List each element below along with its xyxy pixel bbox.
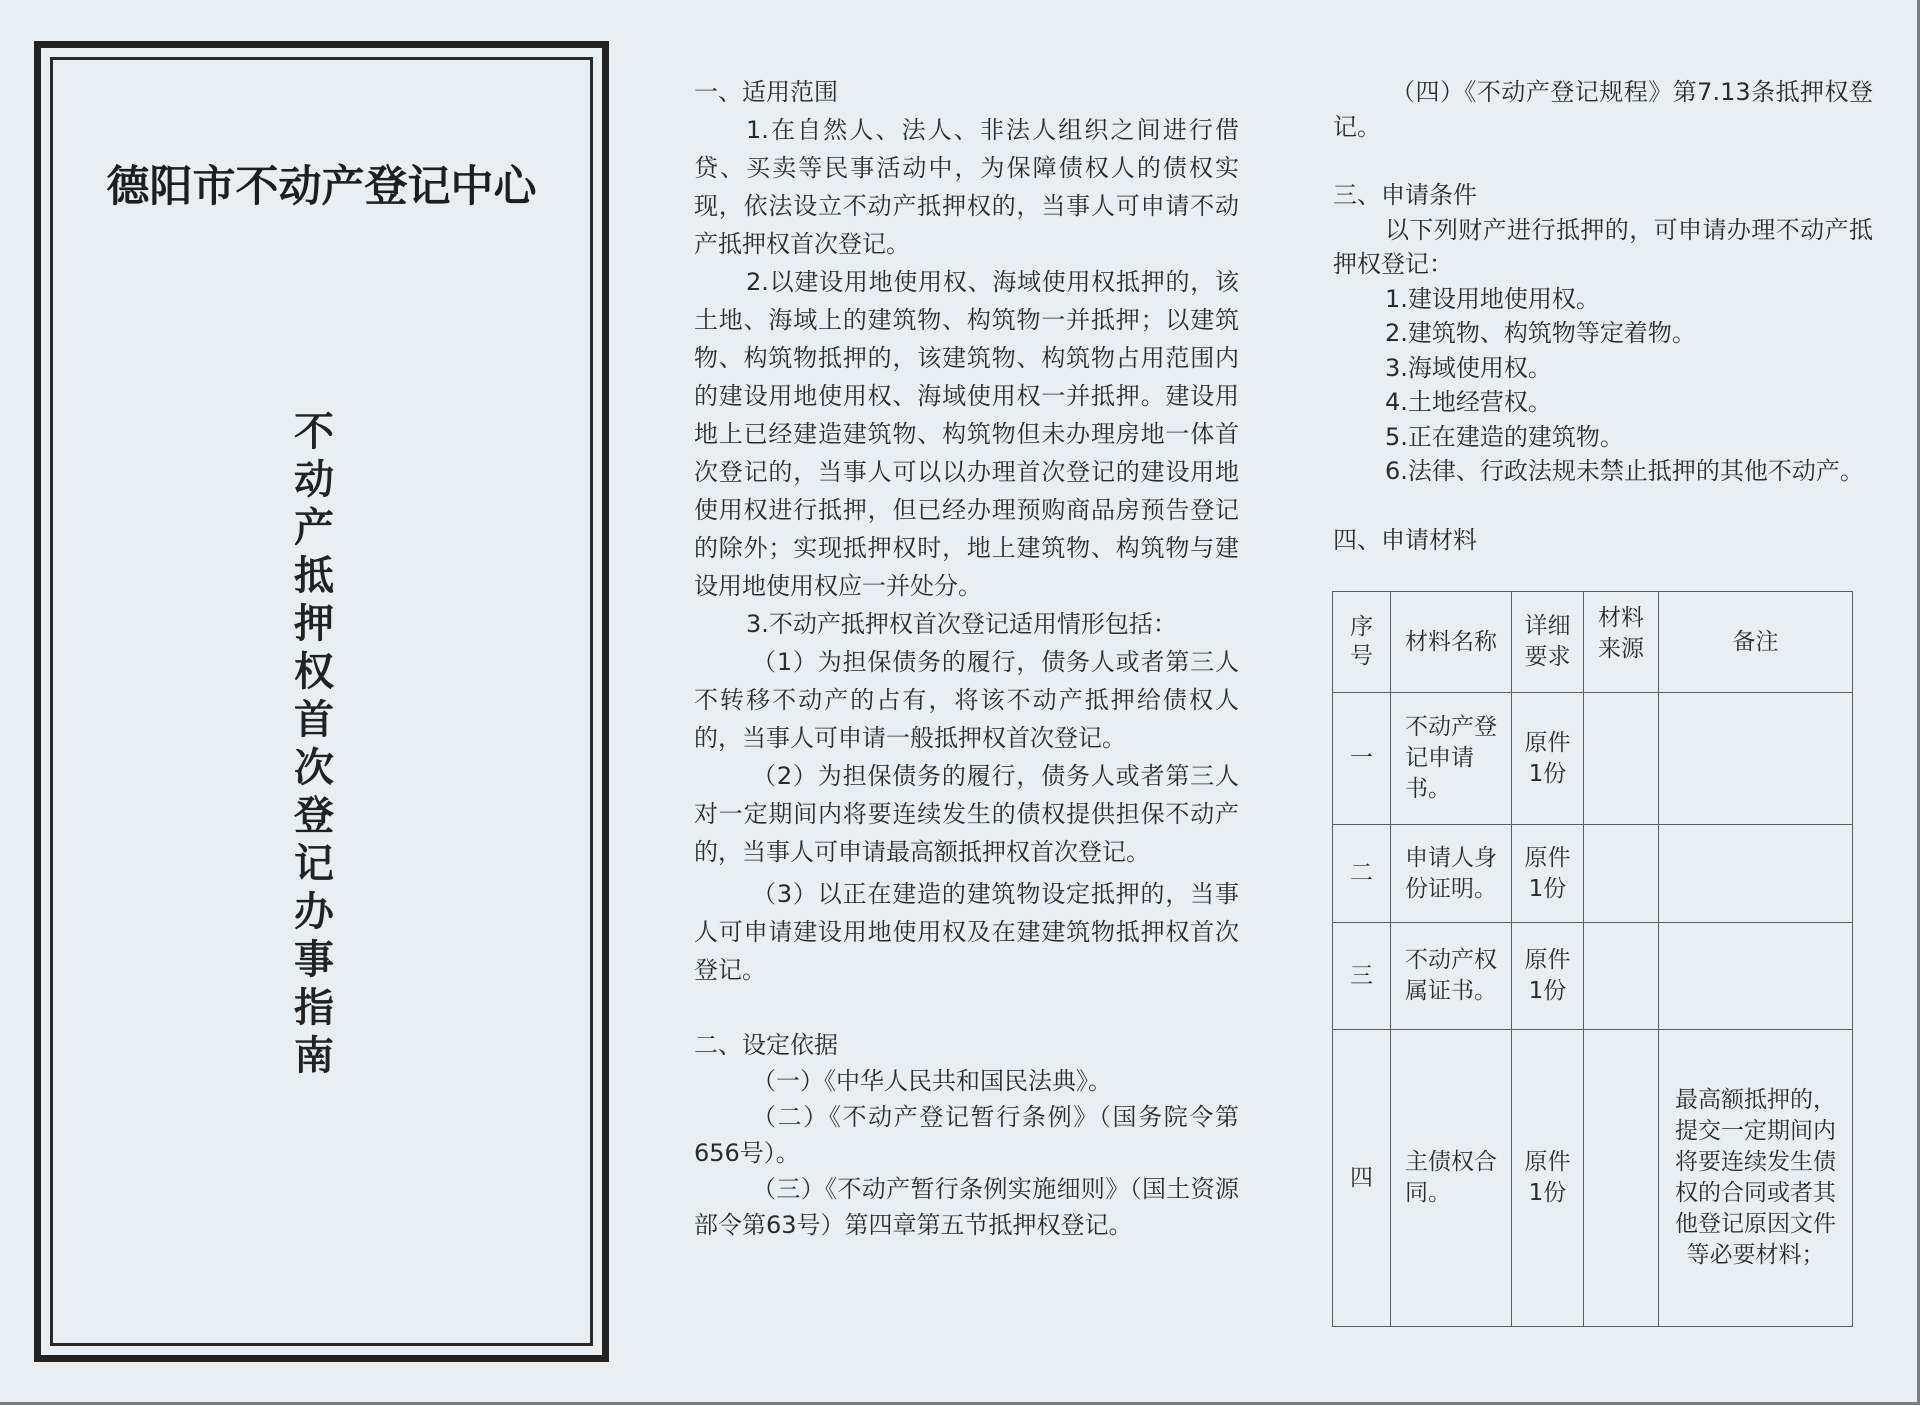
scope-case-2: （2）为担保债务的履行，债务人或者第三人对一定期间内将要连续发生的债权提供担保不… xyxy=(694,757,1239,871)
cell-source xyxy=(1584,825,1659,923)
scope-case-3: （3）以正在建造的建筑物设定抵押的，当事人可申请建设用地使用权及在建建筑物抵押权… xyxy=(694,875,1239,989)
condition-item-3: 3.海域使用权。 xyxy=(1333,351,1873,386)
cell-material-name: 不动产权属证书。 xyxy=(1391,923,1512,1030)
cell-note xyxy=(1659,693,1853,825)
scope-item-2: 2.以建设用地使用权、海域使用权抵押的，该土地、海域上的建筑物、构筑物一并抵押；… xyxy=(694,263,1239,605)
materials-table: 序号 材料名称 详细要求 材料来源 备注 一 不动产登记申请书。 原件1份 二 … xyxy=(1332,591,1853,1327)
table-row: 一 不动产登记申请书。 原件1份 xyxy=(1333,693,1853,825)
section-heading-basis: 二、设定依据 xyxy=(694,1027,1239,1063)
cell-material-name: 主债权合同。 xyxy=(1391,1030,1512,1327)
column-header-requirement: 详细要求 xyxy=(1512,592,1584,693)
section-heading-conditions: 三、申请条件 xyxy=(1333,178,1873,213)
basis-item-3: （三）《不动产暂行条例实施细则》（国土资源部令第63号）第四章第五节抵押权登记。 xyxy=(694,1171,1239,1243)
right-column: （四）《不动产登记规程》第7.13条抵押权登记。 三、申请条件 以下列财产进行抵… xyxy=(1333,75,1873,557)
cell-source xyxy=(1584,923,1659,1030)
table-row: 四 主债权合同。 原件1份 最高额抵押的，提交一定期间内将要连续发生债权的合同或… xyxy=(1333,1030,1853,1327)
table-row: 二 申请人身份证明。 原件1份 xyxy=(1333,825,1853,923)
cell-material-name: 申请人身份证明。 xyxy=(1391,825,1512,923)
cover-frame: 德阳市不动产登记中心 不动产抵押权首次登记办事指南 xyxy=(34,41,609,1362)
condition-item-2: 2.建筑物、构筑物等定着物。 xyxy=(1333,316,1873,351)
column-header-name: 材料名称 xyxy=(1391,592,1512,693)
cell-number: 三 xyxy=(1333,923,1391,1030)
cell-material-name: 不动产登记申请书。 xyxy=(1391,693,1512,825)
cell-requirement: 原件1份 xyxy=(1512,693,1584,825)
cell-note xyxy=(1659,923,1853,1030)
section-heading-scope: 一、适用范围 xyxy=(694,73,1239,111)
cell-number: 一 xyxy=(1333,693,1391,825)
cell-number: 四 xyxy=(1333,1030,1391,1327)
guide-title: 不动产抵押权首次登记办事指南 xyxy=(289,408,339,1080)
table-row: 三 不动产权属证书。 原件1份 xyxy=(1333,923,1853,1030)
cell-note: 最高额抵押的，提交一定期间内将要连续发生债权的合同或者其他登记原因文件等必要材料… xyxy=(1659,1030,1853,1327)
cell-source xyxy=(1584,1030,1659,1327)
cell-source xyxy=(1584,693,1659,825)
cell-requirement: 原件1份 xyxy=(1512,825,1584,923)
cell-note xyxy=(1659,825,1853,923)
section-heading-materials: 四、申请材料 xyxy=(1333,523,1873,558)
basis-item-2: （二）《不动产登记暂行条例》（国务院令第656号）。 xyxy=(694,1099,1239,1171)
basis-item-4: （四）《不动产登记规程》第7.13条抵押权登记。 xyxy=(1333,75,1873,144)
column-header-note: 备注 xyxy=(1659,592,1853,693)
column-header-source: 材料来源 xyxy=(1584,592,1659,693)
condition-item-6: 6.法律、行政法规未禁止抵押的其他不动产。 xyxy=(1333,454,1873,489)
condition-item-4: 4.土地经营权。 xyxy=(1333,385,1873,420)
cell-number: 二 xyxy=(1333,825,1391,923)
scope-case-1: （1）为担保债务的履行，债务人或者第三人不转移不动产的占有，将该不动产抵押给债权… xyxy=(694,643,1239,757)
column-header-number: 序号 xyxy=(1333,592,1391,693)
table-header-row: 序号 材料名称 详细要求 材料来源 备注 xyxy=(1333,592,1853,693)
condition-item-5: 5.正在建造的建筑物。 xyxy=(1333,420,1873,455)
scope-item-3: 3.不动产抵押权首次登记适用情形包括： xyxy=(694,605,1239,643)
condition-item-1: 1.建设用地使用权。 xyxy=(1333,282,1873,317)
basis-item-1: （一）《中华人民共和国民法典》。 xyxy=(694,1063,1239,1099)
cell-requirement: 原件1份 xyxy=(1512,923,1584,1030)
organization-title: 德阳市不动产登记中心 xyxy=(41,153,602,214)
scope-item-1: 1.在自然人、法人、非法人组织之间进行借贷、买卖等民事活动中，为保障债权人的债权… xyxy=(694,111,1239,263)
cell-requirement: 原件1份 xyxy=(1512,1030,1584,1327)
middle-column: 一、适用范围 1.在自然人、法人、非法人组织之间进行借贷、买卖等民事活动中，为保… xyxy=(694,73,1239,1243)
conditions-intro: 以下列财产进行抵押的，可申请办理不动产抵押权登记： xyxy=(1333,213,1873,282)
